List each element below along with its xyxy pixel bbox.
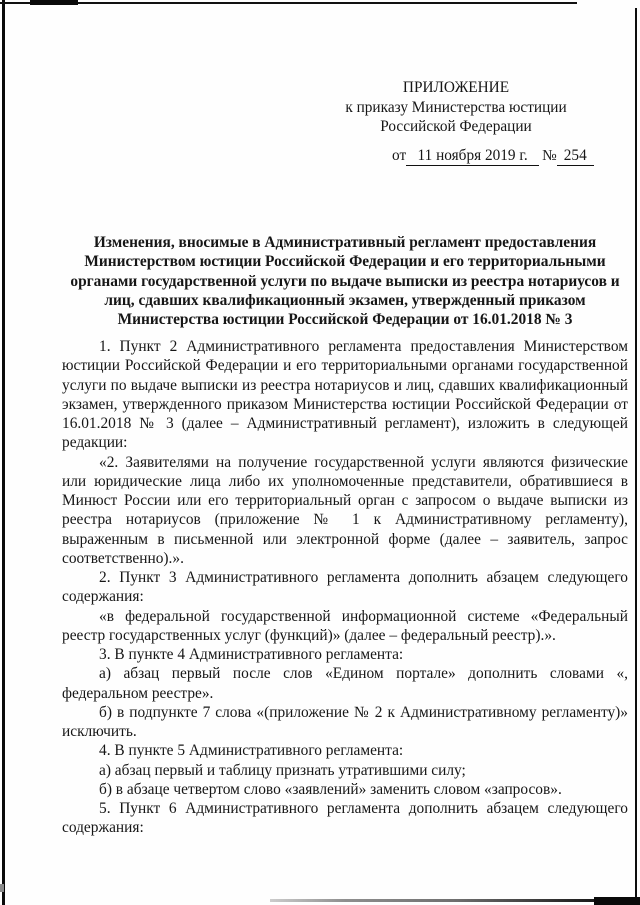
appendix-order-line2: Российской Федерации — [314, 117, 598, 137]
appendix-header: ПРИЛОЖЕНИЕ к приказу Министерства юстици… — [314, 78, 598, 137]
paragraph: а) абзац первый и таблицу признать утрат… — [62, 761, 628, 780]
document-body: 1. Пункт 2 Административного регламента … — [62, 337, 628, 838]
date-value: 11 ноября 2019 г. — [406, 147, 539, 166]
document-title: Изменения, вносимые в Административный р… — [62, 233, 628, 329]
scan-edge-bottom-corner — [594, 897, 640, 905]
scan-edge-top — [0, 2, 577, 4]
paragraph: б) в подпункте 7 слова «(приложение № 2 … — [62, 703, 628, 742]
date-prefix: от — [392, 147, 406, 164]
paragraph: «2. Заявителями на получение государстве… — [62, 453, 628, 569]
paragraph: 1. Пункт 2 Административного регламента … — [62, 337, 628, 453]
paragraph: б) в абзаце четвертом слово «заявлений» … — [62, 780, 628, 799]
scan-edge-bottom — [270, 899, 640, 902]
document-page: ПРИЛОЖЕНИЕ к приказу Министерства юстици… — [0, 0, 640, 905]
paragraph: 4. В пункте 5 Административного регламен… — [62, 741, 628, 760]
paragraph: 3. В пункте 4 Административного регламен… — [62, 645, 628, 664]
scan-edge-left — [2, 0, 5, 905]
paragraph: 5. Пункт 6 Административного регламента … — [62, 799, 628, 838]
scan-edge-left-notch — [0, 884, 4, 892]
scan-edge-top-blob — [30, 0, 78, 5]
number-value: 254 — [557, 147, 594, 166]
appendix-order-line1: к приказу Министерства юстиции — [314, 98, 598, 118]
order-date-line: от11 ноября 2019 г.№254 — [392, 147, 594, 166]
scan-edge-right — [635, 8, 637, 902]
appendix-label: ПРИЛОЖЕНИЕ — [314, 78, 598, 98]
paragraph: «в федеральной государственной информаци… — [62, 607, 628, 646]
paragraph: 2. Пункт 3 Административного регламента … — [62, 568, 628, 607]
paragraph: а) абзац первый после слов «Едином порта… — [62, 664, 628, 703]
number-sign: № — [542, 147, 557, 164]
